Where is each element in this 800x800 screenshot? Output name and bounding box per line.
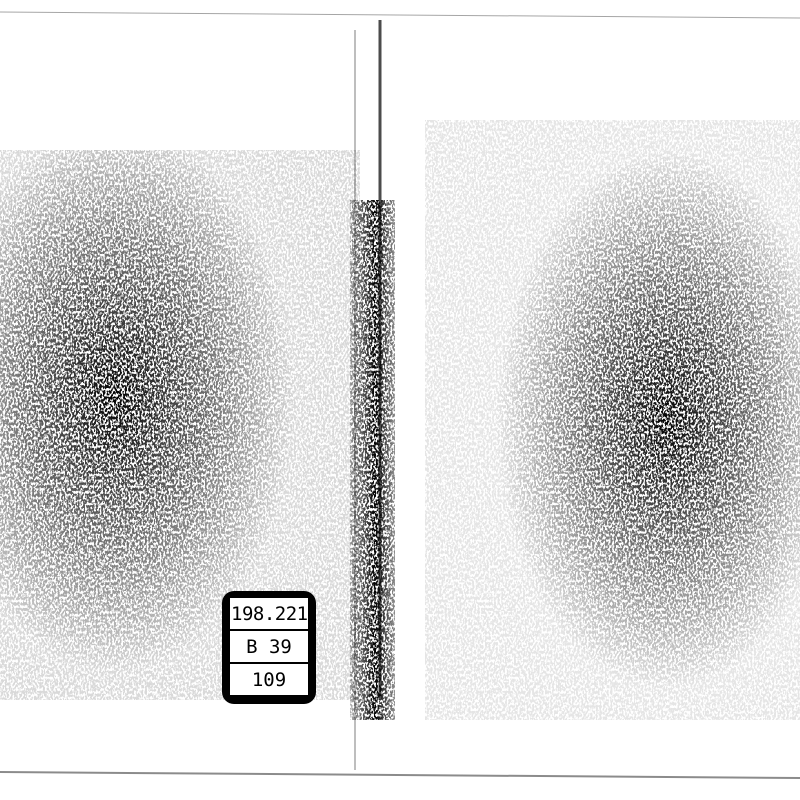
call-number-line-3: 109 (230, 664, 308, 695)
call-number-line-2: B 39 (230, 631, 308, 662)
book-cover-scan: 198.221 B 39 109 (0, 0, 800, 800)
call-number-line-1: 198.221 (230, 598, 308, 629)
call-number-label: 198.221 B 39 109 (222, 591, 316, 704)
leather-texture (0, 0, 800, 800)
